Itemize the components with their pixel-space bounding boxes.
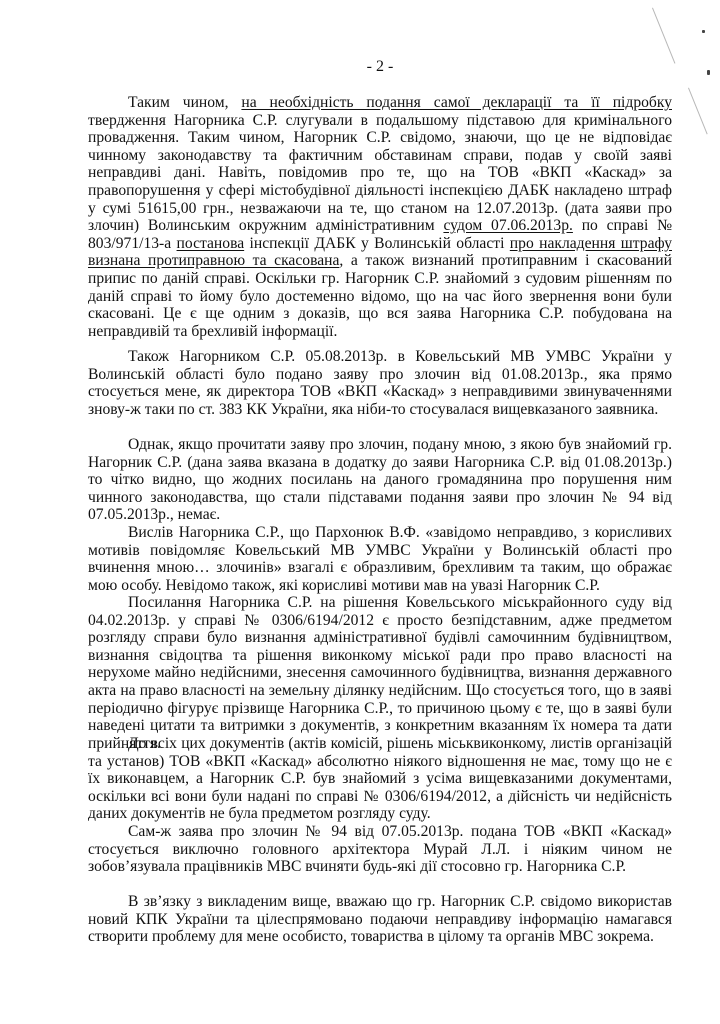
text-run: Також Нагорником С.Р. 05.08.2013р. в Ков… [88,348,672,418]
paragraph-3: Однак, якщо прочитати заяву про злочин, … [88,436,672,524]
text-run: В зв’язку з викладеним вище, вважаю що г… [88,893,672,945]
text-run: Сам-ж заява про злочин № 94 від 07.05.20… [88,823,672,875]
text-run: Вислів Нагорника С.Р., що Пархонюк В.Ф. … [88,524,672,594]
paragraph-2: Також Нагорником С.Р. 05.08.2013р. в Ков… [88,348,672,418]
underlined-text: судом 07.06.2013р. [443,217,572,234]
paragraph-7: Сам-ж заява про злочин № 94 від 07.05.20… [88,823,672,876]
underlined-text: визнана протиправною та скасована [88,252,339,269]
text-run: Таким чином, [128,94,241,111]
underlined-text: про накладення штрафу [510,235,672,252]
scan-speck [707,70,710,75]
paragraph-1: Таким чином, на необхідність подання сам… [88,94,672,340]
scan-speck [702,30,705,33]
paragraph-6: До всіх цих документів (актів комісій, р… [88,735,672,823]
underlined-text: постанова [177,235,245,252]
page-number: - 2 - [88,58,672,76]
text-run: До всіх цих документів (актів комісій, р… [88,735,672,822]
paragraph-4: Вислів Нагорника С.Р., що Пархонюк В.Ф. … [88,524,672,594]
paragraph-5: Посилання Нагорника С.Р. на рішення Кове… [88,594,672,752]
text-run: твердження Нагорника С.Р. слугували в по… [88,112,672,235]
underlined-text: на необхідність подання самої декларації… [241,94,672,111]
text-run: Посилання Нагорника С.Р. на рішення Кове… [88,594,672,752]
text-run: інспекції ДАБК у Волинській області [244,235,510,252]
paragraph-8: В зв’язку з викладеним вище, вважаю що г… [88,893,672,946]
scan-artifact [688,88,708,135]
scan-artifact [652,8,675,64]
text-run: Однак, якщо прочитати заяву про злочин, … [88,436,672,523]
